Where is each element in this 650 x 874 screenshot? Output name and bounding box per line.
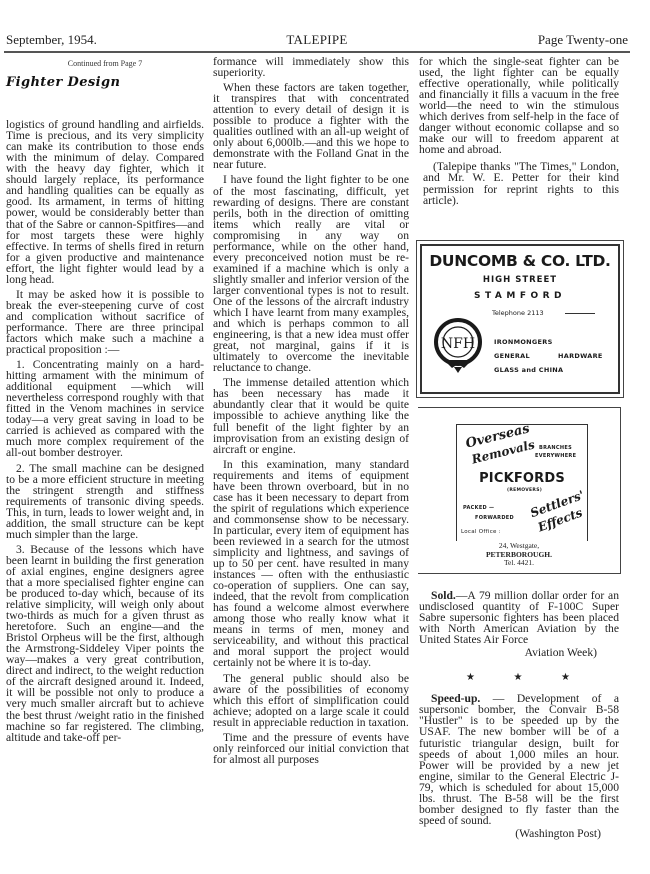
page-number: Page Twenty-one	[538, 32, 628, 48]
ad-line-ironmongers: IRONMONGERS	[494, 338, 553, 346]
publication-name: TALEPIPE	[6, 32, 628, 48]
paragraph: for which the single-seat fighter can be…	[419, 56, 619, 155]
ad-address: 24, Westgate, PETERBOROUGH. Tel. 4421.	[418, 542, 620, 568]
divider	[565, 313, 595, 314]
acknowledgement: (Talepipe thanks "The Times," London, an…	[419, 161, 619, 205]
paragraph: In this examination, many standard requi…	[213, 459, 409, 669]
ad-town: STAMFORD	[422, 291, 618, 301]
ad-everywhere: EVERYWHERE	[535, 453, 576, 459]
continued-note: Continued from Page 7	[6, 58, 204, 69]
ad-telephone: Telephone 2113	[492, 309, 544, 317]
ad-line-hardware: HARDWARE	[558, 352, 603, 360]
news-sold: Sold.—A 79 million dollar order for an u…	[419, 590, 619, 645]
ad-packed: PACKED —	[463, 505, 494, 511]
paragraph: 3. Because of the lessons which have bee…	[6, 544, 204, 743]
paragraph: The general public should also be aware …	[213, 673, 409, 728]
paragraph: The immense detailed attention which has…	[213, 377, 409, 454]
ad-branches: BRANCHES	[539, 445, 572, 451]
paragraph: 2. The small machine can be designed to …	[6, 463, 204, 540]
pickfords-inner-frame: Overseas Removals BRANCHES EVERYWHERE PI…	[456, 424, 588, 541]
ad-line-general: GENERAL	[494, 352, 530, 360]
ad-brand-name: PICKFORDS	[457, 471, 587, 486]
ad-forwarded: FORWARDED	[475, 515, 514, 521]
article-column-2: formance will immediately show this supe…	[213, 56, 409, 769]
article-column-1: Continued from Page 7 Fighter Design log…	[6, 56, 204, 747]
article-column-3: for which the single-seat fighter can be…	[419, 56, 619, 210]
news-snippets: Sold.—A 79 million dollar order for an u…	[419, 590, 619, 839]
paragraph: I have found the light fighter to be one…	[213, 174, 409, 373]
ad-line-glass-china: GLASS and CHINA	[494, 366, 563, 374]
ad-brand-sub: (REMOVERS)	[507, 488, 542, 493]
paragraph: Time and the pressure of events have onl…	[213, 732, 409, 765]
pickfords-advertisement: Overseas Removals BRANCHES EVERYWHERE PI…	[418, 407, 621, 574]
article-title: Fighter Design	[6, 77, 204, 88]
paragraph: When these factors are taken together, i…	[213, 82, 409, 170]
duncomb-advertisement: DUNCOMB & CO. LTD. HIGH STREET STAMFORD …	[420, 244, 620, 394]
ad-street: HIGH STREET	[422, 275, 618, 285]
news-speedup: Speed-up. — Development of a supersonic …	[419, 693, 619, 826]
news-sold-source: Aviation Week)	[419, 647, 619, 658]
news-speedup-source: (Washington Post)	[419, 828, 619, 839]
star-separator-icon: ★ ★ ★	[419, 672, 619, 683]
header-rule	[4, 51, 630, 53]
paragraph: 1. Concentrating mainly on a hard-hittin…	[6, 359, 204, 458]
page-header: September, 1954. TALEPIPE Page Twenty-on…	[6, 28, 628, 48]
svg-text:NFH: NFH	[441, 336, 475, 352]
ad-local-office: Local Office :	[461, 529, 501, 535]
paragraph: logistics of ground handling and airfiel…	[6, 119, 204, 285]
paragraph: It may be asked how it is possible to br…	[6, 289, 204, 355]
paragraph: formance will immediately show this supe…	[213, 56, 409, 78]
crest-emblem-icon: NFH	[432, 318, 484, 374]
ad-company-name: DUNCOMB & CO. LTD.	[422, 252, 618, 270]
